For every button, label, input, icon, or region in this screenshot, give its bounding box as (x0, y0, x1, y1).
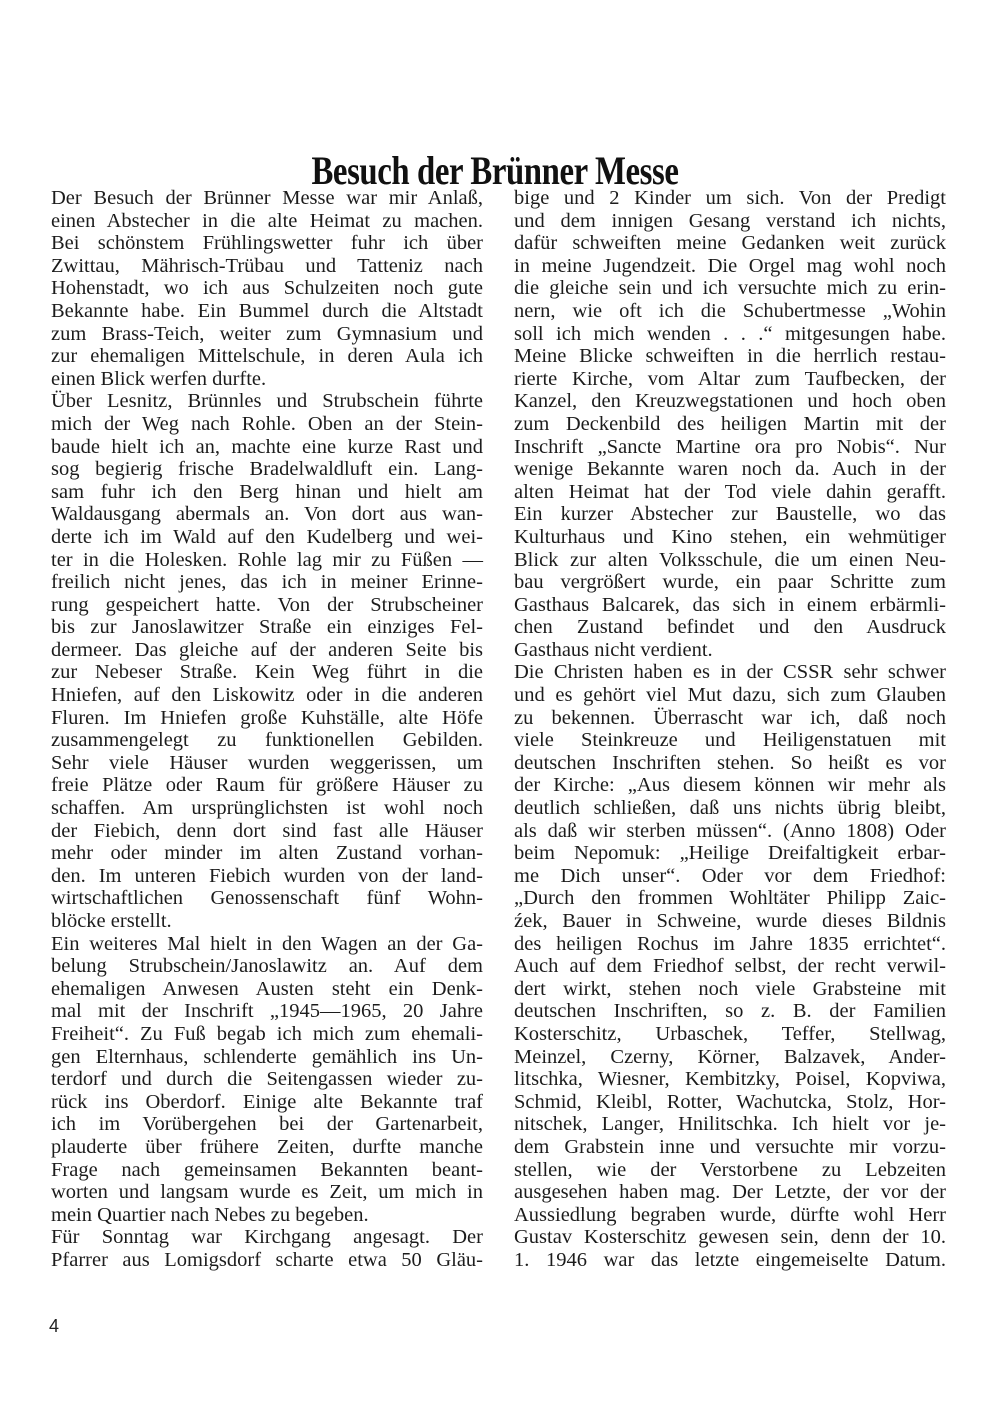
text-line: Der Besuch der Brünner Messe war mir Anl… (51, 187, 483, 210)
text-line: und es gehört viel Mut dazu, sich zum Gl… (514, 684, 946, 707)
text-line: 1. 1946 war das letzte eingemeiselte Dat… (514, 1249, 946, 1272)
text-line: freie Plätze oder Raum für größere Häuse… (51, 774, 483, 797)
text-line: deutschen Inschriften stehen. So heißt e… (514, 752, 946, 775)
text-line: Bekannte habe. Ein Bummel durch die Alts… (51, 300, 483, 323)
text-line: die gleiche sein und ich versuchte mich … (514, 277, 946, 300)
text-line: zum Deckenbild des heiligen Martin mit d… (514, 413, 946, 436)
text-line: Hohenstadt, wo ich aus Schulzeiten noch … (51, 277, 483, 300)
text-line: mehr oder minder im alten Zustand vorhan… (51, 842, 483, 865)
text-line: mich der Weg nach Rohle. Oben an der Ste… (51, 413, 483, 436)
text-line: deutschen Inschriften, so z. B. der Fami… (514, 1000, 946, 1023)
text-line: sog begierig frische Bradelwaldluft ein.… (51, 458, 483, 481)
text-line: bige und 2 Kinder um sich. Von der Predi… (514, 187, 946, 210)
text-line: schaffen. Am ursprünglichsten ist wohl n… (51, 797, 483, 820)
left-column: Der Besuch der Brünner Messe war mir Anl… (51, 187, 483, 1272)
text-line: ich im Vorübergehen bei der Gartenarbeit… (51, 1113, 483, 1136)
text-line: einen Abstecher in die alte Heimat zu ma… (51, 210, 483, 233)
text-line: plauderte über frühere Zeiten, durfte ma… (51, 1136, 483, 1159)
text-line: „Durch den frommen Wohltäter Philipp Zai… (514, 887, 946, 910)
text-line: zu bekennen. Überrascht war ich, daß noc… (514, 707, 946, 730)
text-line: Schmid, Kleibl, Rotter, Wachutcka, Stolz… (514, 1091, 946, 1114)
text-line: Pfarrer aus Lomigsdorf scharte etwa 50 G… (51, 1249, 483, 1272)
text-line: rierte Kirche, vom Altar zum Taufbecken,… (514, 368, 946, 391)
page-number: 4 (49, 1316, 59, 1337)
text-line: mein Quartier nach Nebes zu begeben. (51, 1204, 483, 1227)
text-line: worten und langsam wurde es Zeit, um mic… (51, 1181, 483, 1204)
text-line: Kulturhaus und Kino stehen, ein wehmütig… (514, 526, 946, 549)
text-line: dem Grabstein inne und versuchte mir vor… (514, 1136, 946, 1159)
text-line: gen Elternhaus, schlenderte gemählich in… (51, 1046, 483, 1069)
text-line: Inschrift „Sancte Martine ora pro Nobis“… (514, 436, 946, 459)
text-line: Über Lesnitz, Brünnles und Strubschein f… (51, 390, 483, 413)
text-line: bau vergrößert wurde, ein paar Schritte … (514, 571, 946, 594)
text-line: ter in die Holesken. Rohle lag mir zu Fü… (51, 549, 483, 572)
text-line: der Kirche: „Aus diesem können wir mehr … (514, 774, 946, 797)
text-line: Hniefen, auf den Liskowitz oder in die a… (51, 684, 483, 707)
text-line: Waldausgang abermals an. Von dort aus wa… (51, 503, 483, 526)
text-line: der Fiebich, denn dort sind fast alle Hä… (51, 820, 483, 843)
document-page: Besuch der Brünner Messe Der Besuch der … (0, 0, 1000, 1413)
text-line: soll ich mich wenden . . .“ mitgesungen … (514, 323, 946, 346)
text-line: bis zur Janoslawitzer Straße ein einzige… (51, 616, 483, 639)
text-line: zur ehemaligen Mittelschule, in deren Au… (51, 345, 483, 368)
text-line: rück ins Oberdorf. Einige alte Bekannte … (51, 1091, 483, 1114)
text-line: derte ich im Wald auf den Kudelberg und … (51, 526, 483, 549)
text-line: Zwittau, Mährisch-Trübau und Tatteniz na… (51, 255, 483, 278)
text-line: Freiheit“. Zu Fuß begab ich mich zum ehe… (51, 1023, 483, 1046)
text-line: Gasthaus Balcarek, das sich in einem erb… (514, 594, 946, 617)
text-line: den. Im unteren Fiebich wurden von der l… (51, 865, 483, 888)
text-line: deutlich schließen, daß uns nichts übrig… (514, 797, 946, 820)
text-line: Ein kurzer Abstecher zur Baustelle, wo d… (514, 503, 946, 526)
text-line: dermeer. Das gleiche auf der anderen Sei… (51, 639, 483, 662)
text-line: Für Sonntag war Kirchgang angesagt. Der (51, 1226, 483, 1249)
text-line: Ein weiteres Mal hielt in den Wagen an d… (51, 933, 483, 956)
text-line: sam fuhr ich den Berg hinan und hielt am (51, 481, 483, 504)
text-line: źek, Bauer in Schweine, wurde dieses Bil… (514, 910, 946, 933)
text-line: Blick zur alten Volksschule, die um eine… (514, 549, 946, 572)
text-line: belung Strubschein/Janoslawitz an. Auf d… (51, 955, 483, 978)
text-line: me Dich unser“. Oder vor dem Friedhof: (514, 865, 946, 888)
right-column: bige und 2 Kinder um sich. Von der Predi… (514, 187, 946, 1272)
text-line: Auch auf dem Friedhof selbst, der recht … (514, 955, 946, 978)
text-line: dafür schweiften meine Gedanken weit zur… (514, 232, 946, 255)
text-line: einen Blick werfen durfte. (51, 368, 483, 391)
text-line: ehemaligen Anwesen Austen steht ein Denk… (51, 978, 483, 1001)
text-line: terdorf und durch die Seitengassen wiede… (51, 1068, 483, 1091)
text-line: in meine Jugendzeit. Die Orgel mag wohl … (514, 255, 946, 278)
text-line: wenige Bekannte waren noch da. Auch in d… (514, 458, 946, 481)
text-line: zur Nebeser Straße. Kein Weg führt in di… (51, 661, 483, 684)
text-line: Gustav Kosterschitz gewesen sein, denn d… (514, 1226, 946, 1249)
text-line: viele Steinkreuze und Heiligenstatuen mi… (514, 729, 946, 752)
text-line: alten Heimat hat der Tod viele dahin ger… (514, 481, 946, 504)
text-line: stellen, wie der Verstorbene zu Lebzeite… (514, 1159, 946, 1182)
text-line: zusammengelegt zu funktionellen Gebilden… (51, 729, 483, 752)
text-line: des heiligen Rochus im Jahre 1835 errich… (514, 933, 946, 956)
text-line: Sehr viele Häuser wurden weggerissen, um (51, 752, 483, 775)
text-line: Kosterschitz, Urbaschek, Teffer, Stellwa… (514, 1023, 946, 1046)
text-line: dert wirkt, stehen noch viele Grabsteine… (514, 978, 946, 1001)
text-line: und dem innigen Gesang verstand ich nich… (514, 210, 946, 233)
text-line: baude hielt ich an, machte eine kurze Ra… (51, 436, 483, 459)
text-line: blöcke erstellt. (51, 910, 483, 933)
text-line: als daß wir sterben müssen“. (Anno 1808)… (514, 820, 946, 843)
text-line: Bei schönstem Frühlingswetter fuhr ich ü… (51, 232, 483, 255)
text-line: Fluren. Im Hniefen große Kuhställe, alte… (51, 707, 483, 730)
text-line: Aussiedlung begraben wurde, dürfte wohl … (514, 1204, 946, 1227)
text-line: beim Nepomuk: „Heilige Dreifaltigkeit er… (514, 842, 946, 865)
text-line: rung gespeichert hatte. Von der Strubsch… (51, 594, 483, 617)
text-line: chen Zustand befindet und den Ausdruck (514, 616, 946, 639)
text-line: Meine Blicke schweiften in die herrlich … (514, 345, 946, 368)
text-line: freilich nicht jenes, das ich in meiner … (51, 571, 483, 594)
text-line: Gasthaus nicht verdient. (514, 639, 946, 662)
text-line: ausgesehen haben mag. Der Letzte, der vo… (514, 1181, 946, 1204)
text-line: mal mit der Inschrift „1945—1965, 20 Jah… (51, 1000, 483, 1023)
text-line: Frage nach gemeinsamen Bekannten beant- (51, 1159, 483, 1182)
text-line: nitschek, Langer, Hnilitschka. Ich hielt… (514, 1113, 946, 1136)
text-line: nern, wie oft ich die Schubertmesse „Woh… (514, 300, 946, 323)
text-line: Meinzel, Czerny, Körner, Balzavek, Ander… (514, 1046, 946, 1069)
text-line: Kanzel, den Kreuzwegstationen und hoch o… (514, 390, 946, 413)
text-line: zum Brass-Teich, weiter zum Gymnasium un… (51, 323, 483, 346)
text-line: wirtschaftlichen Genossenschaft fünf Woh… (51, 887, 483, 910)
text-line: Die Christen haben es in der CSSR sehr s… (514, 661, 946, 684)
text-line: litschka, Wiesner, Kembitzky, Poisel, Ko… (514, 1068, 946, 1091)
